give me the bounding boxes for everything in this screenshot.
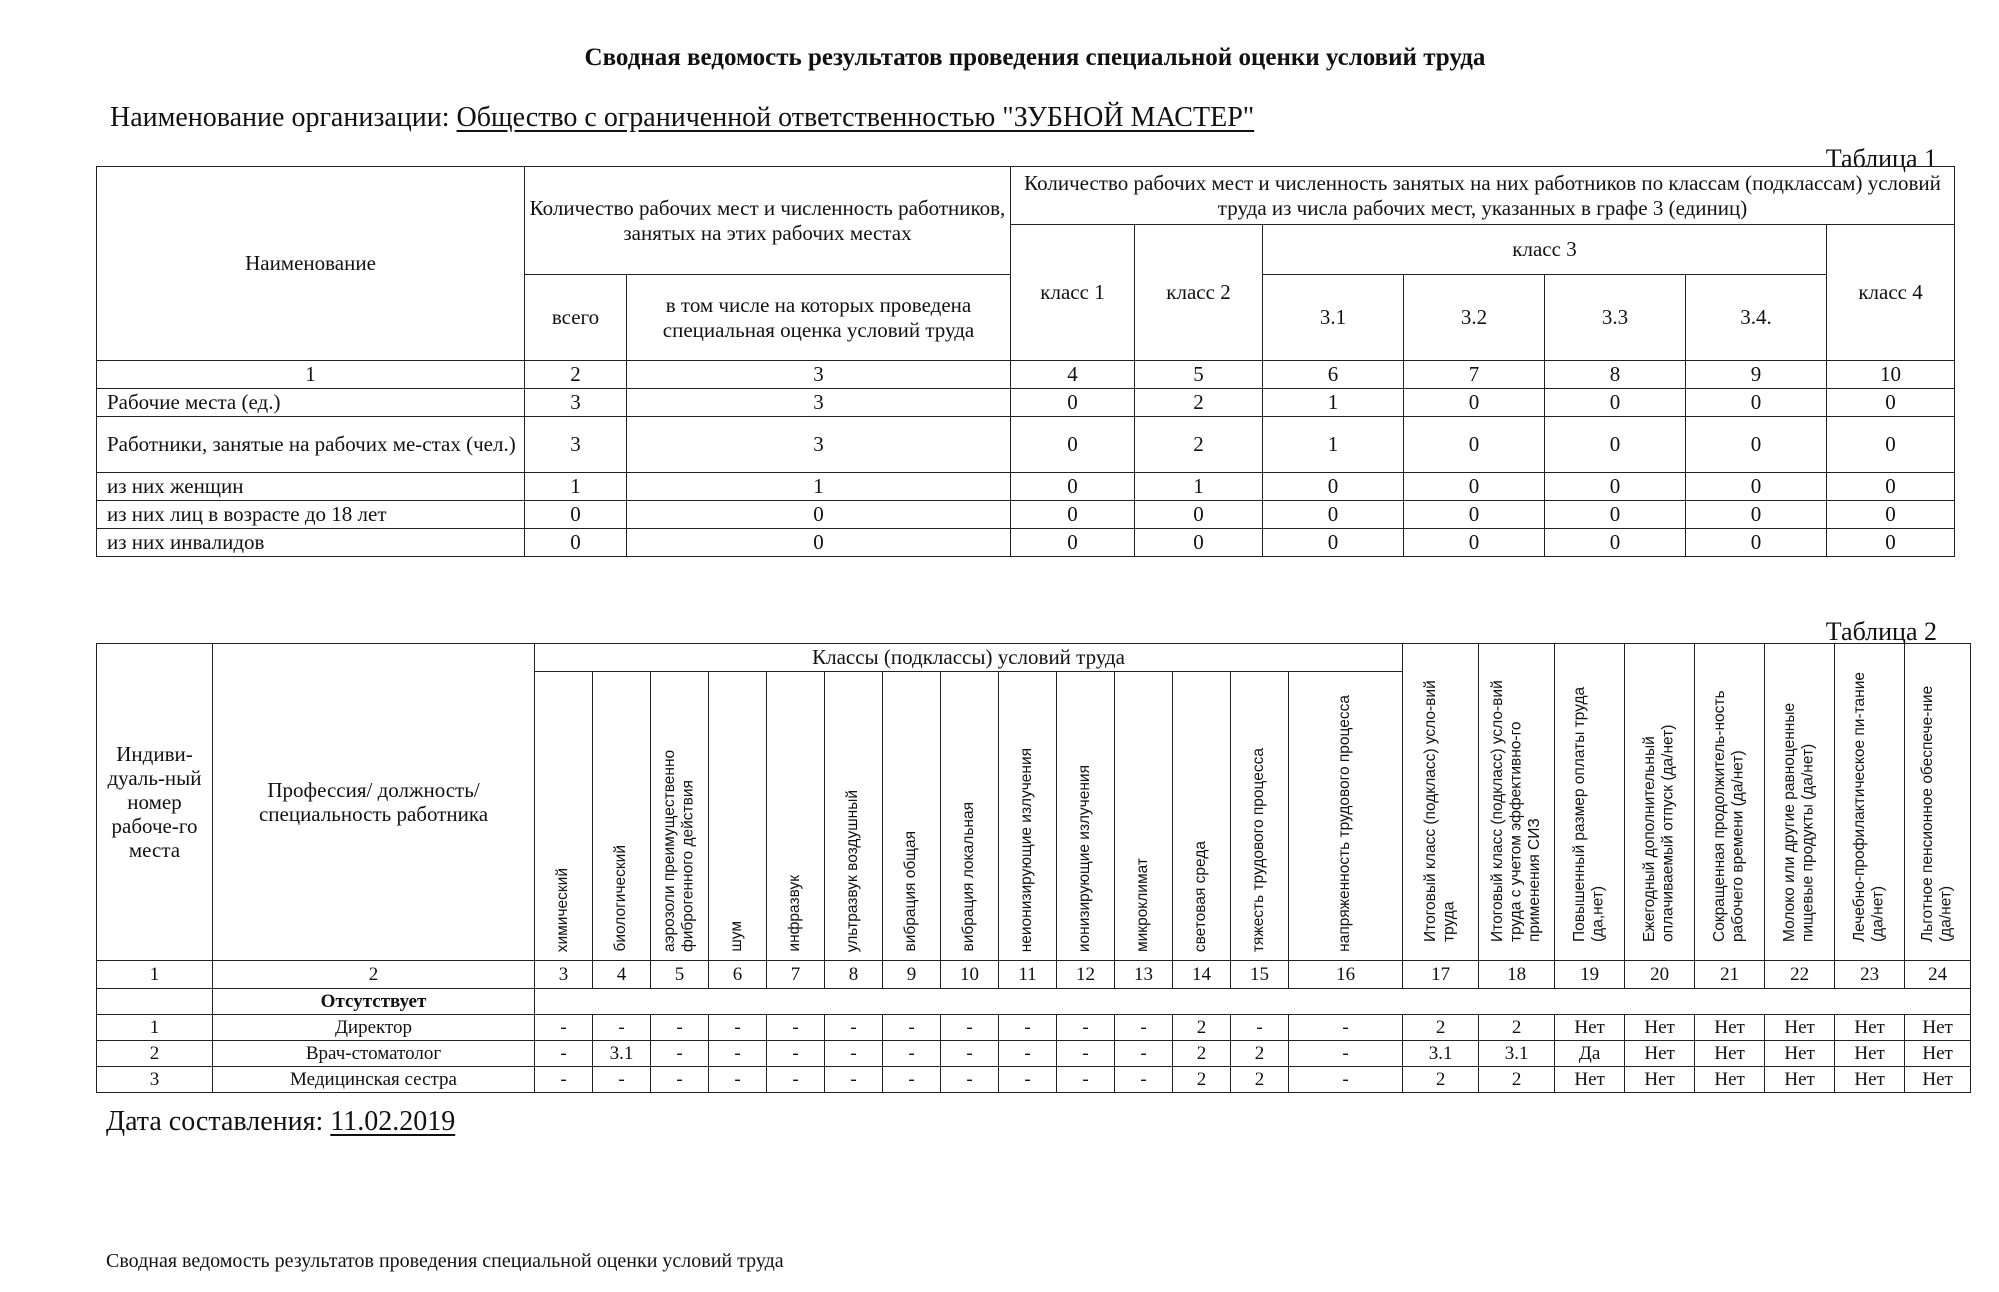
- header-extra: Лечебно-профилактическое пи-тание (да/не…: [1835, 644, 1905, 961]
- header-sub33: 3.3: [1545, 275, 1686, 361]
- cell-value: 0: [1686, 417, 1827, 473]
- header-class3: класс 3: [1263, 225, 1827, 275]
- header-extra: Молоко или другие равноценные пищевые пр…: [1765, 644, 1835, 961]
- cell-value: Нет: [1905, 1067, 1971, 1093]
- header-factor-text: световая среда: [1192, 841, 1211, 952]
- column-number: 3: [535, 961, 593, 989]
- header-total: всего: [525, 275, 627, 361]
- cell-value: -: [825, 1041, 883, 1067]
- cell-value: -: [535, 1015, 593, 1041]
- column-number: 21: [1695, 961, 1765, 989]
- cell-value: 1: [1135, 473, 1263, 501]
- column-numbers-row: 12345678910: [97, 361, 1955, 389]
- column-numbers-row: 123456789101112131415161718192021222324: [97, 961, 1971, 989]
- column-number: 23: [1835, 961, 1905, 989]
- cell-value: 2: [1403, 1067, 1479, 1093]
- cell-value: 0: [1686, 529, 1827, 557]
- row-label: из них инвалидов: [97, 529, 525, 557]
- header-extra-text: Сокращенная продолжитель-ность рабочего …: [1711, 662, 1748, 942]
- date-value: 11.02.2019: [330, 1106, 455, 1137]
- header-extra-text: Итоговый класс (подкласс) усло-вий труда…: [1489, 662, 1545, 942]
- cell-value: Нет: [1625, 1041, 1695, 1067]
- cell-value: Нет: [1835, 1067, 1905, 1093]
- header-factor: вибрация общая: [883, 672, 941, 961]
- cell-value: -: [825, 1067, 883, 1093]
- header-extra-text: Повышенный размер оплаты труда (да,нет): [1571, 662, 1608, 942]
- header-sub34: 3.4.: [1686, 275, 1827, 361]
- cell-value: -: [1057, 1067, 1115, 1093]
- cell-value: 0: [1263, 501, 1404, 529]
- cell-value: 0: [1011, 529, 1135, 557]
- org-label: Наименование организации:: [110, 102, 450, 133]
- row-label: Рабочие места (ед.): [97, 389, 525, 417]
- cell-value: 0: [1011, 389, 1135, 417]
- cell-value: -: [999, 1015, 1057, 1041]
- cell-value: 0: [1011, 417, 1135, 473]
- cell-value: -: [1289, 1015, 1403, 1041]
- profession: Директор: [213, 1015, 535, 1041]
- header-extra: Повышенный размер оплаты труда (да,нет): [1555, 644, 1625, 961]
- cell-value: -: [709, 1067, 767, 1093]
- cell-value: -: [941, 1067, 999, 1093]
- cell-value: -: [651, 1041, 709, 1067]
- cell-value: 1: [1263, 389, 1404, 417]
- cell-value: Нет: [1835, 1041, 1905, 1067]
- cell-value: 3.1: [1479, 1041, 1555, 1067]
- row-label: из них лиц в возрасте до 18 лет: [97, 501, 525, 529]
- column-number: 1: [97, 961, 213, 989]
- cell-value: 0: [1263, 529, 1404, 557]
- column-number: 1: [97, 361, 525, 389]
- header-profession: Профессия/ должность/ специальность рабо…: [213, 644, 535, 961]
- date-label: Дата составления:: [106, 1106, 323, 1137]
- column-number: 12: [1057, 961, 1115, 989]
- cell-value: -: [825, 1015, 883, 1041]
- cell-value: -: [883, 1015, 941, 1041]
- header-class1: класс 1: [1011, 225, 1135, 361]
- cell-value: Нет: [1765, 1041, 1835, 1067]
- header-factor-text: ультразвук воздушный: [844, 790, 863, 952]
- header-factor-text: микроклимат: [1134, 858, 1153, 952]
- header-extra-text: Ежегодный дополнительный оплачиваемый от…: [1641, 662, 1678, 942]
- cell-value: 0: [1404, 473, 1545, 501]
- header-factor: инфразвук: [767, 672, 825, 961]
- cell-value: -: [1115, 1041, 1173, 1067]
- cell-value: -: [651, 1015, 709, 1041]
- column-number: 2: [525, 361, 627, 389]
- cell-value: 0: [1011, 501, 1135, 529]
- cell-value: -: [941, 1041, 999, 1067]
- cell-value: -: [1231, 1015, 1289, 1041]
- summary-table-1: Наименование Количество рабочих мест и ч…: [96, 166, 1955, 557]
- cell-value: Нет: [1695, 1015, 1765, 1041]
- column-number: 22: [1765, 961, 1835, 989]
- header-class2: класс 2: [1135, 225, 1263, 361]
- header-factor: биологический: [593, 672, 651, 961]
- cell-value: 0: [1827, 473, 1955, 501]
- cell-value: Нет: [1695, 1041, 1765, 1067]
- column-number: 5: [1135, 361, 1263, 389]
- table-row: из них инвалидов000000000: [97, 529, 1955, 557]
- cell-value: -: [709, 1015, 767, 1041]
- cell-value: -: [535, 1041, 593, 1067]
- header-conditions-group: Классы (подклассы) условий труда: [535, 644, 1403, 672]
- workplace-id: 3: [97, 1067, 213, 1093]
- header-classes-group: Количество рабочих мест и численность за…: [1011, 167, 1955, 225]
- header-factor-text: напряженность трудового процесса: [1336, 695, 1355, 952]
- cell-value: -: [1289, 1041, 1403, 1067]
- cell-value: 2: [1403, 1015, 1479, 1041]
- column-number: 9: [1686, 361, 1827, 389]
- header-assessed: в том числе на которых проведена специал…: [627, 275, 1011, 361]
- column-number: 15: [1231, 961, 1289, 989]
- table-row: из них женщин110100000: [97, 473, 1955, 501]
- column-number: 16: [1289, 961, 1403, 989]
- header-class4: класс 4: [1827, 225, 1955, 361]
- cell-value: -: [1289, 1067, 1403, 1093]
- header-factor: вибрация локальная: [941, 672, 999, 961]
- column-number: 7: [1404, 361, 1545, 389]
- header-extra-text: Лечебно-профилактическое пи-тание (да/не…: [1851, 662, 1888, 942]
- column-number: 19: [1555, 961, 1625, 989]
- header-factor: тяжесть трудового процесса: [1231, 672, 1289, 961]
- cell-value: 0: [1545, 389, 1686, 417]
- table-row: 1Директор-----------2--22НетНетНетНетНет…: [97, 1015, 1971, 1041]
- column-number: 6: [1263, 361, 1404, 389]
- cell-value: 3: [525, 389, 627, 417]
- cell-value: -: [883, 1067, 941, 1093]
- cell-value: -: [709, 1041, 767, 1067]
- cell-value: 0: [1263, 473, 1404, 501]
- cell-value: 0: [1545, 473, 1686, 501]
- cell-value: -: [1115, 1067, 1173, 1093]
- header-factor-text: неионизирующие излучения: [1018, 748, 1037, 952]
- cell-value: 0: [1404, 501, 1545, 529]
- cell-value: 0: [1135, 529, 1263, 557]
- header-factor-text: вибрация локальная: [960, 802, 979, 952]
- header-factor: световая среда: [1173, 672, 1231, 961]
- workplace-id: 1: [97, 1015, 213, 1041]
- cell-value: 0: [1545, 529, 1686, 557]
- column-number: 14: [1173, 961, 1231, 989]
- page-footer: Сводная ведомость результатов проведения…: [106, 1250, 784, 1273]
- row-label: из них женщин: [97, 473, 525, 501]
- section-row: Отсутствует: [97, 989, 1971, 1015]
- header-sub32: 3.2: [1404, 275, 1545, 361]
- date-line: Дата составления: 11.02.2019: [106, 1106, 455, 1138]
- workplace-id: 2: [97, 1041, 213, 1067]
- cell-value: Нет: [1905, 1041, 1971, 1067]
- cell-value: 0: [1827, 529, 1955, 557]
- header-extra-text: Итоговый класс (подкласс) усло-вий труда: [1422, 662, 1459, 942]
- header-extra: Итоговый класс (подкласс) усло-вий труда…: [1479, 644, 1555, 961]
- cell-value: -: [1057, 1015, 1115, 1041]
- header-factor: химический: [535, 672, 593, 961]
- cell-value: -: [767, 1041, 825, 1067]
- column-number: 3: [627, 361, 1011, 389]
- column-number: 18: [1479, 961, 1555, 989]
- cell-value: -: [941, 1015, 999, 1041]
- cell-value: 0: [627, 529, 1011, 557]
- column-number: 8: [1545, 361, 1686, 389]
- cell-value: 2: [1173, 1041, 1231, 1067]
- header-workplaces-count: Количество рабочих мест и численность ра…: [525, 167, 1011, 275]
- table-row: Рабочие места (ед.)330210000: [97, 389, 1955, 417]
- cell-value: Нет: [1835, 1015, 1905, 1041]
- cell-value: Нет: [1765, 1015, 1835, 1041]
- header-factor: ультразвук воздушный: [825, 672, 883, 961]
- cell-value: Да: [1555, 1041, 1625, 1067]
- cell-value: -: [651, 1067, 709, 1093]
- cell-value: 3: [627, 417, 1011, 473]
- cell-value: 0: [1686, 473, 1827, 501]
- column-number: 5: [651, 961, 709, 989]
- header-factor-text: тяжесть трудового процесса: [1250, 748, 1269, 952]
- cell-value: 0: [1827, 417, 1955, 473]
- header-extra-text: Льготное пенсионное обеспече-ние (да/нет…: [1919, 662, 1956, 942]
- column-number: 4: [1011, 361, 1135, 389]
- profession: Врач-стоматолог: [213, 1041, 535, 1067]
- header-factor-text: биологический: [612, 845, 631, 952]
- cell-value: -: [535, 1067, 593, 1093]
- cell-value: -: [999, 1041, 1057, 1067]
- cell-value: 0: [627, 501, 1011, 529]
- cell-value: Нет: [1905, 1015, 1971, 1041]
- header-factor-text: инфразвук: [786, 875, 805, 952]
- cell-value: 2: [1135, 389, 1263, 417]
- header-name: Наименование: [97, 167, 525, 361]
- cell-value: 0: [1686, 389, 1827, 417]
- header-factor-text: вибрация общая: [902, 831, 921, 952]
- cell-value: 3: [525, 417, 627, 473]
- cell-value: 3.1: [1403, 1041, 1479, 1067]
- header-factor-text: химический: [554, 868, 573, 952]
- column-number: 11: [999, 961, 1057, 989]
- cell-value: Нет: [1625, 1067, 1695, 1093]
- header-factor: ионизирующие излучения: [1057, 672, 1115, 961]
- header-sub31: 3.1: [1263, 275, 1404, 361]
- cell-value: 0: [1827, 501, 1955, 529]
- cell-value: 2: [1231, 1067, 1289, 1093]
- table-row: Работники, занятые на рабочих ме-стах (ч…: [97, 417, 1955, 473]
- cell-value: 2: [1479, 1015, 1555, 1041]
- column-number: 6: [709, 961, 767, 989]
- column-number: 13: [1115, 961, 1173, 989]
- row-label: Работники, занятые на рабочих ме-стах (ч…: [97, 417, 525, 473]
- header-extra-text: Молоко или другие равноценные пищевые пр…: [1781, 662, 1818, 942]
- header-factor-text: ионизирующие излучения: [1076, 765, 1095, 952]
- cell-value: 0: [1404, 389, 1545, 417]
- header-factor-text: аэрозоли преимущественно фиброгенного де…: [661, 672, 698, 952]
- cell-value: 1: [525, 473, 627, 501]
- cell-value: 1: [627, 473, 1011, 501]
- header-extra: Итоговый класс (подкласс) усло-вий труда: [1403, 644, 1479, 961]
- organization-line: Наименование организации: Общество с огр…: [110, 102, 1254, 134]
- cell-value: -: [1115, 1015, 1173, 1041]
- cell-value: 0: [1404, 529, 1545, 557]
- header-factor: напряженность трудового процесса: [1289, 672, 1403, 961]
- column-number: 9: [883, 961, 941, 989]
- column-number: 4: [593, 961, 651, 989]
- column-number: 24: [1905, 961, 1971, 989]
- cell-value: 0: [525, 501, 627, 529]
- section-label: Отсутствует: [213, 989, 535, 1015]
- header-workplace-id: Индиви-дуаль-ный номер рабоче-го места: [97, 644, 213, 961]
- cell-value: -: [767, 1067, 825, 1093]
- cell-value: 0: [1135, 501, 1263, 529]
- cell-value: 2: [1479, 1067, 1555, 1093]
- cell-value: -: [767, 1015, 825, 1041]
- cell-value: 2: [1231, 1041, 1289, 1067]
- column-number: 10: [1827, 361, 1955, 389]
- header-factor: шум: [709, 672, 767, 961]
- cell-value: 1: [1263, 417, 1404, 473]
- column-number: 17: [1403, 961, 1479, 989]
- cell-value: Нет: [1555, 1067, 1625, 1093]
- header-extra: Льготное пенсионное обеспече-ние (да/нет…: [1905, 644, 1971, 961]
- header-extra: Ежегодный дополнительный оплачиваемый от…: [1625, 644, 1695, 961]
- column-number: 2: [213, 961, 535, 989]
- cell-value: -: [1057, 1041, 1115, 1067]
- header-extra: Сокращенная продолжитель-ность рабочего …: [1695, 644, 1765, 961]
- table-row: из них лиц в возрасте до 18 лет000000000: [97, 501, 1955, 529]
- cell-value: 0: [1827, 389, 1955, 417]
- column-number: 8: [825, 961, 883, 989]
- cell-value: 0: [1686, 501, 1827, 529]
- cell-value: -: [593, 1067, 651, 1093]
- profession: Медицинская сестра: [213, 1067, 535, 1093]
- header-factor: аэрозоли преимущественно фиброгенного де…: [651, 672, 709, 961]
- cell-value: Нет: [1625, 1015, 1695, 1041]
- cell-value: 2: [1173, 1015, 1231, 1041]
- document-title: Сводная ведомость результатов проведения…: [0, 44, 1999, 72]
- cell-value: 3.1: [593, 1041, 651, 1067]
- summary-table-2: Индиви-дуаль-ный номер рабоче-го места П…: [96, 643, 1971, 1093]
- cell-value: Нет: [1765, 1067, 1835, 1093]
- cell-value: 2: [1173, 1067, 1231, 1093]
- header-factor: микроклимат: [1115, 672, 1173, 961]
- cell-value: Нет: [1555, 1015, 1625, 1041]
- column-number: 10: [941, 961, 999, 989]
- cell-value: 0: [1404, 417, 1545, 473]
- column-number: 7: [767, 961, 825, 989]
- cell-value: 2: [1135, 417, 1263, 473]
- cell-value: 0: [525, 529, 627, 557]
- cell-value: -: [999, 1067, 1057, 1093]
- cell-value: -: [593, 1015, 651, 1041]
- table-row: 2Врач-стоматолог-3.1---------22-3.13.1Да…: [97, 1041, 1971, 1067]
- header-factor: неионизирующие излучения: [999, 672, 1057, 961]
- cell-value: Нет: [1695, 1067, 1765, 1093]
- header-factor-text: шум: [728, 921, 747, 952]
- cell-value: 3: [627, 389, 1011, 417]
- table-row: 3Медицинская сестра-----------22-22НетНе…: [97, 1067, 1971, 1093]
- cell-value: 0: [1545, 417, 1686, 473]
- column-number: 20: [1625, 961, 1695, 989]
- org-name: Общество с ограниченной ответственностью…: [457, 102, 1255, 133]
- cell-value: -: [883, 1041, 941, 1067]
- cell-value: 0: [1011, 473, 1135, 501]
- cell-value: 0: [1545, 501, 1686, 529]
